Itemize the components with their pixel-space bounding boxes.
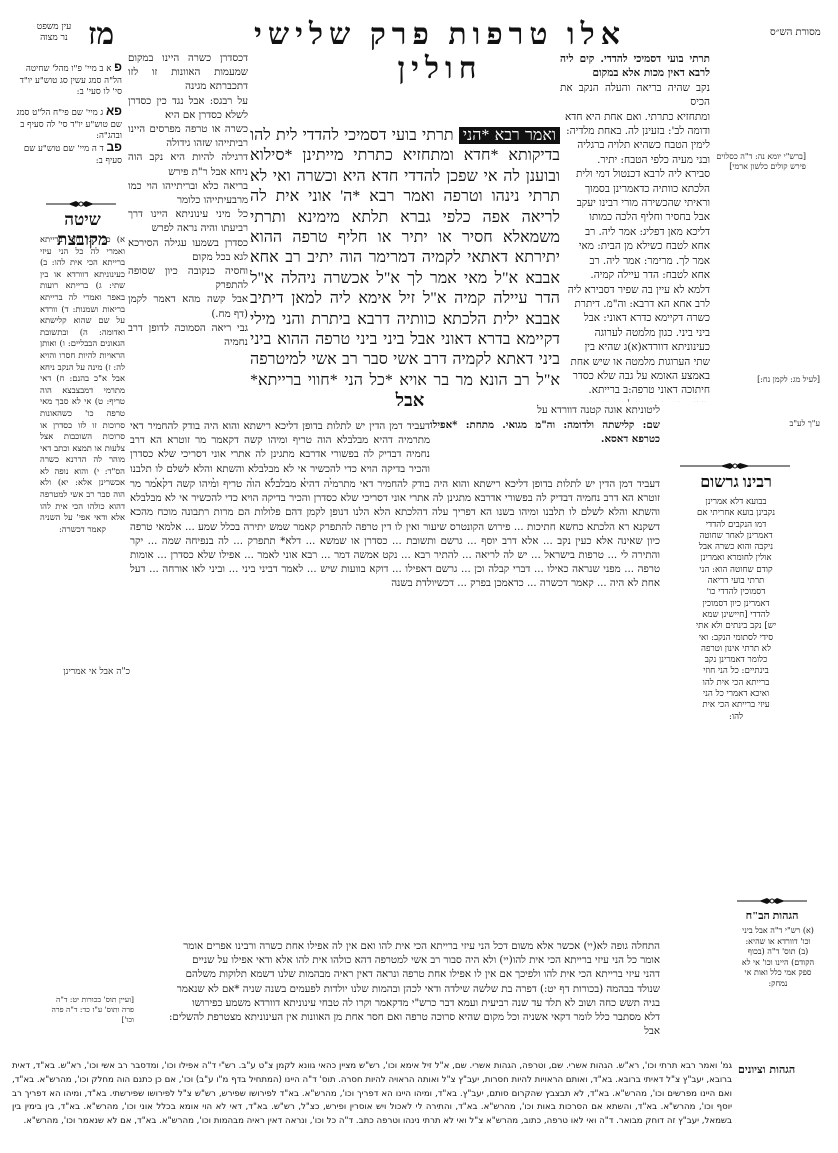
ein-mishpat-label: עין משפט נר מצוה (36, 22, 72, 44)
hagahot-vetziyunim-label: הגהות וציונים (738, 1063, 795, 1076)
rashi-line: אחא לטבח: הדר עיילה קמיה. (560, 268, 710, 282)
shita-mekubetzet-text: א) כל הני חוזי ברייתא ואמרי לה כל הני עי… (40, 234, 125, 614)
ornament-divider (680, 462, 790, 470)
right-margin-note: [לעיל מג: לקמן נח:] (740, 375, 820, 385)
habach-line: וכו' דוורדא או שהיא: (738, 937, 818, 948)
rashi-line: כעינוניתא דוורדא(א)ג שהיא בין (560, 340, 710, 354)
tosafot-lower-text: דעביד דמן הדין יש לתלות בדופן דליכא רישת… (130, 421, 430, 480)
ein-mishpat-label-line1: עין משפט (36, 22, 72, 33)
rashi-line: דלמא לא עיין בה שפיר דסבירא ליה (560, 283, 710, 297)
masoret-hashas-label: מסורת הש״ס (770, 27, 821, 38)
tosafot-line: על רבגס: אבל נגד כין כסדרן לשלא כסדרן אם… (128, 95, 248, 123)
rashi-line: אחא לטבח כשילא מן הבית: מאי (560, 239, 710, 253)
gershom-line: ניקבה והוא כשרה אבל (676, 542, 796, 553)
tosafot-lower-intro: דעביד דמן הדין יש לתלות בדופן דליכא רישת… (130, 420, 430, 480)
gershom-line: להו: (676, 712, 796, 723)
tosafot-line: בריאה כלא ובריתייהו הוי כמו מרבעיתייהו כ… (128, 180, 248, 208)
gershom-line: אולין לחומרא ואמרינן (676, 553, 796, 564)
tosafot-line: אבל קשה מהא דאמר לקמן (דף מח.) (128, 293, 248, 321)
left-margin-bottom-ref: [ועיין תוס' בכורות יט: ד"ה פרה ותוס' ע"ז… (44, 995, 134, 1025)
tosafot-line: וחסיה כנקובה כיון שסופה להתפרק (128, 265, 248, 293)
habach-line: (ב) תוס' ד"ה (בכוף (738, 947, 818, 958)
rabbeinu-gershom-text: בבועא דלא אמרינן נקבינן בועא אחריתי אם ד… (676, 497, 796, 723)
tosafot-closing-catchword: אבל (130, 1025, 660, 1039)
gershom-line: תרתי בועי דריאה (676, 576, 796, 587)
gershom-line: דאמרינן כיון דסמוכין (676, 599, 796, 610)
tosafot-line: דכסדרן כשרה היינו במקום שמעמות האוונות ז… (128, 52, 248, 95)
gershom-line: ואיכא דאמרי כל הני (676, 689, 796, 700)
gershom-line: לא תרתי אינון וטרפה (676, 644, 796, 655)
rashi-line: לימין הטבח כשהיא תלויה ברגליה (560, 138, 710, 152)
gershom-line: בינתיים: כל הני חוזי (676, 666, 796, 677)
gemara-body: תרתי בועי דסמיכי להדדי לית להו בדיקותא *… (250, 127, 560, 386)
ornament-divider-icon (680, 462, 790, 470)
rashi-line: ובני מעיה כלפי הטבח: יתיר. (560, 153, 710, 167)
tosafot-commentary: דכסדרן כשרה היינו במקום שמעמות האוונות ז… (128, 52, 248, 412)
gershom-line: דמו הנקבים להדדי (676, 520, 796, 531)
gemara-text: ואמר רבא *הני תרתי בועי דסמיכי להדדי לית… (250, 126, 560, 386)
habach-line: הקודם) היינו וכו' אי לא (738, 958, 818, 969)
tosafot-lower-body: דעביד דמן הדין יש לתלות בדופן דליכא רישת… (130, 478, 660, 940)
tosafot-line: דרגילה להיות היא נקב הוה ניחא אבל ר"ת פי… (128, 151, 248, 179)
rashi-line: ביני ביני. כגון מלמטה לערוגה (560, 326, 710, 340)
right-margin-note: [ברש"י יומא נה: ד"ה כסלוים פירש קולים כל… (716, 152, 806, 172)
rabbeinu-gershom-title: רבינו גרשום (676, 474, 796, 492)
ein-mishpat-text: א ב מיי' פ"ו מהל' שחיטה הל"ה סמג עשין סג… (20, 64, 122, 97)
tosafot-line: כל מיני עינוניתא היינו דרך רביעתו והיה נ… (128, 208, 248, 236)
left-margin-cross-ref: כ"ה אבל אי אמרינן (40, 667, 130, 677)
tosafot-closing-line: דלא מסתבר כלל לומר דקאי אשניה וכל מקום ש… (130, 1011, 660, 1025)
tosafot-line: כשרה או טרפה מפרסים היינו רביתייהו שזהו … (128, 123, 248, 151)
tosafot-closing: התחלה גופה לא(יי) אכשר אלא משום דכל הני … (130, 940, 660, 1044)
rashi-line: וראיתי שהכשירה מורי רבינו יעקב (560, 196, 710, 210)
rashi-line: חיתוכה דאוני טרפה:ב ברייתא. (560, 383, 710, 397)
rashi-line: באמצע האומא על גבה שלא כסדר (560, 369, 710, 383)
rashi-line: הלכתא כוותיה כדאמרינן בסמוך (560, 182, 710, 196)
rashi-line: שם: קלישתה ולדומה: וה"מ מגואי. מתחת: *אפ… (430, 418, 660, 446)
daf-number: מז (88, 18, 114, 52)
rashi-line: סבירא ליה לרבא דכנטול דמי ולית (560, 167, 710, 181)
tosafot-closing-line: בגיה תשש כחה ושוב לא תלד עד שנה רביעית ו… (130, 997, 660, 1011)
gershom-line: יש] נקב בינתים ולא אתי (676, 621, 796, 632)
tosafot-lower-text-continued: דעביד דמן הדין יש לתלות בדופן דליכא רישת… (130, 479, 660, 589)
tosafot-closing-line: אומר כל הני עיזי ברייתא הכי אית להו(יי) … (130, 954, 660, 968)
rashi-line: שתי הערוגות מלמטה או שיש אחת (560, 355, 710, 369)
tosafot-line: כסדרן בשמעו עגילה הסירכא לגא בכל מקום (128, 237, 248, 265)
ein-mishpat-letter: פ (114, 60, 122, 74)
right-margin-note: ע"ך לע"ב (760, 419, 820, 429)
rashi-line: לרב אחא הא דרבא: וה"מ. דיתרת (560, 297, 710, 311)
tosafot-line: גבי ריאה הסמוכה לדופן דרב נחמיה (128, 322, 248, 350)
rashi-line: אבל בחסיר וחליף הלכה כמותו (560, 210, 710, 224)
gershom-line: קודם שחוטה הוא: הני (676, 565, 796, 576)
habach-line: (א) רש"י ד"ה אבל ביני (738, 926, 818, 937)
ein-mishpat-letter: פא (106, 104, 122, 118)
rashi-line: אמר לך. מרימר: אמר ליה. רב (560, 254, 710, 268)
ornament-divider-icon (46, 200, 116, 208)
rashi-line: רועות באפר ואמרי לה ברייתא (560, 398, 710, 402)
habach-line: נמחק: (738, 979, 818, 990)
rashi-line: ודומה לב': בזעינן לה. באחת מלדיה: (560, 124, 710, 138)
gemara-catchword: אבל (300, 390, 520, 411)
rashi-line: ומתחזיא כתרתי. ואם אחת היא חדא (560, 110, 710, 124)
tosafot-closing-line: התחלה גופה לא(יי) אכשר אלא משום דכל הני … (130, 940, 660, 954)
gershom-line: דסמוכין להדדי כו' (676, 587, 796, 598)
ein-mishpat-entry: פ א ב מיי' פ"ו מהל' שחיטה הל"ה סמג עשין … (12, 62, 122, 99)
rashi-commentary: תרתי בועי דסמיכי להדדי. קים ליה לרבא דאי… (560, 52, 710, 402)
hagahot-habach-text: (א) רש"י ד"ה אבל ביני וכו' דוורדא או שהי… (738, 926, 818, 989)
hagahot-habach-title: הגהות הב"ח (732, 910, 812, 922)
ein-mishpat-entry: פב ד ה מיי' שם טוש"ע שם סעיף ב: (12, 142, 122, 167)
gershom-line: בבועא דלא אמרינן (676, 497, 796, 508)
ein-mishpat-letter: פב (106, 140, 122, 154)
gershom-line: עיזי ברייתא הכי אית (676, 700, 796, 711)
ornament-divider (737, 897, 807, 905)
hagahot-vetziyunim-text: גמ' ואמר רבא תרתי וכו', רא"ש. הגהות אשרי… (12, 1060, 732, 1150)
gershom-line: נקבינן בועא אחריתי אם (676, 508, 796, 519)
gershom-line: כלומר דאמרינן נקב (676, 655, 796, 666)
gershom-line: להדדי [חיישינן שמא (676, 610, 796, 621)
gershom-line: דאמרינן לאחר שחוטה (676, 531, 796, 542)
ornament-divider-icon (737, 897, 807, 905)
habach-line: ספק אמי כלל ואות אי (738, 968, 818, 979)
gershom-line: סידי לסתומי הנקב: ואי (676, 633, 796, 644)
ein-mishpat-label-line2: נר מצוה (36, 33, 72, 44)
gershom-line: ברייתא הכי אית להו (676, 678, 796, 689)
ornament-divider (46, 200, 116, 208)
rashi-line: נקב שהיה בריאה והעלה הנקב את הכיס (560, 81, 710, 110)
rashi-continuation: ליטוניתא אוגה קטנה דוורדא על שם: קלישתה … (430, 404, 660, 476)
rashi-line: כשרה דקיימא כדרא דאוני: אבל (560, 311, 710, 325)
tosafot-closing-line: דהני עיזי ברייתא הכי אית להו ולפיכך אם א… (130, 968, 660, 982)
tosafot-closing-line: שנולד בבהמה (בכורות דף יט:) דפרה בת שלשה… (130, 983, 660, 997)
gemara-lead-words: ואמר רבא *הני (459, 127, 560, 144)
ein-mishpat-entry: פא ג מיי' שם פי"ח הל"ט סמג שם טוש"ע יו"ד… (12, 106, 122, 143)
rashi-line: תרתי בועי דסמיכי להדדי. קים ליה לרבא דאי… (560, 52, 710, 81)
rashi-line: דליכא מאן דפליג: אמר ליה. רב (560, 225, 710, 239)
